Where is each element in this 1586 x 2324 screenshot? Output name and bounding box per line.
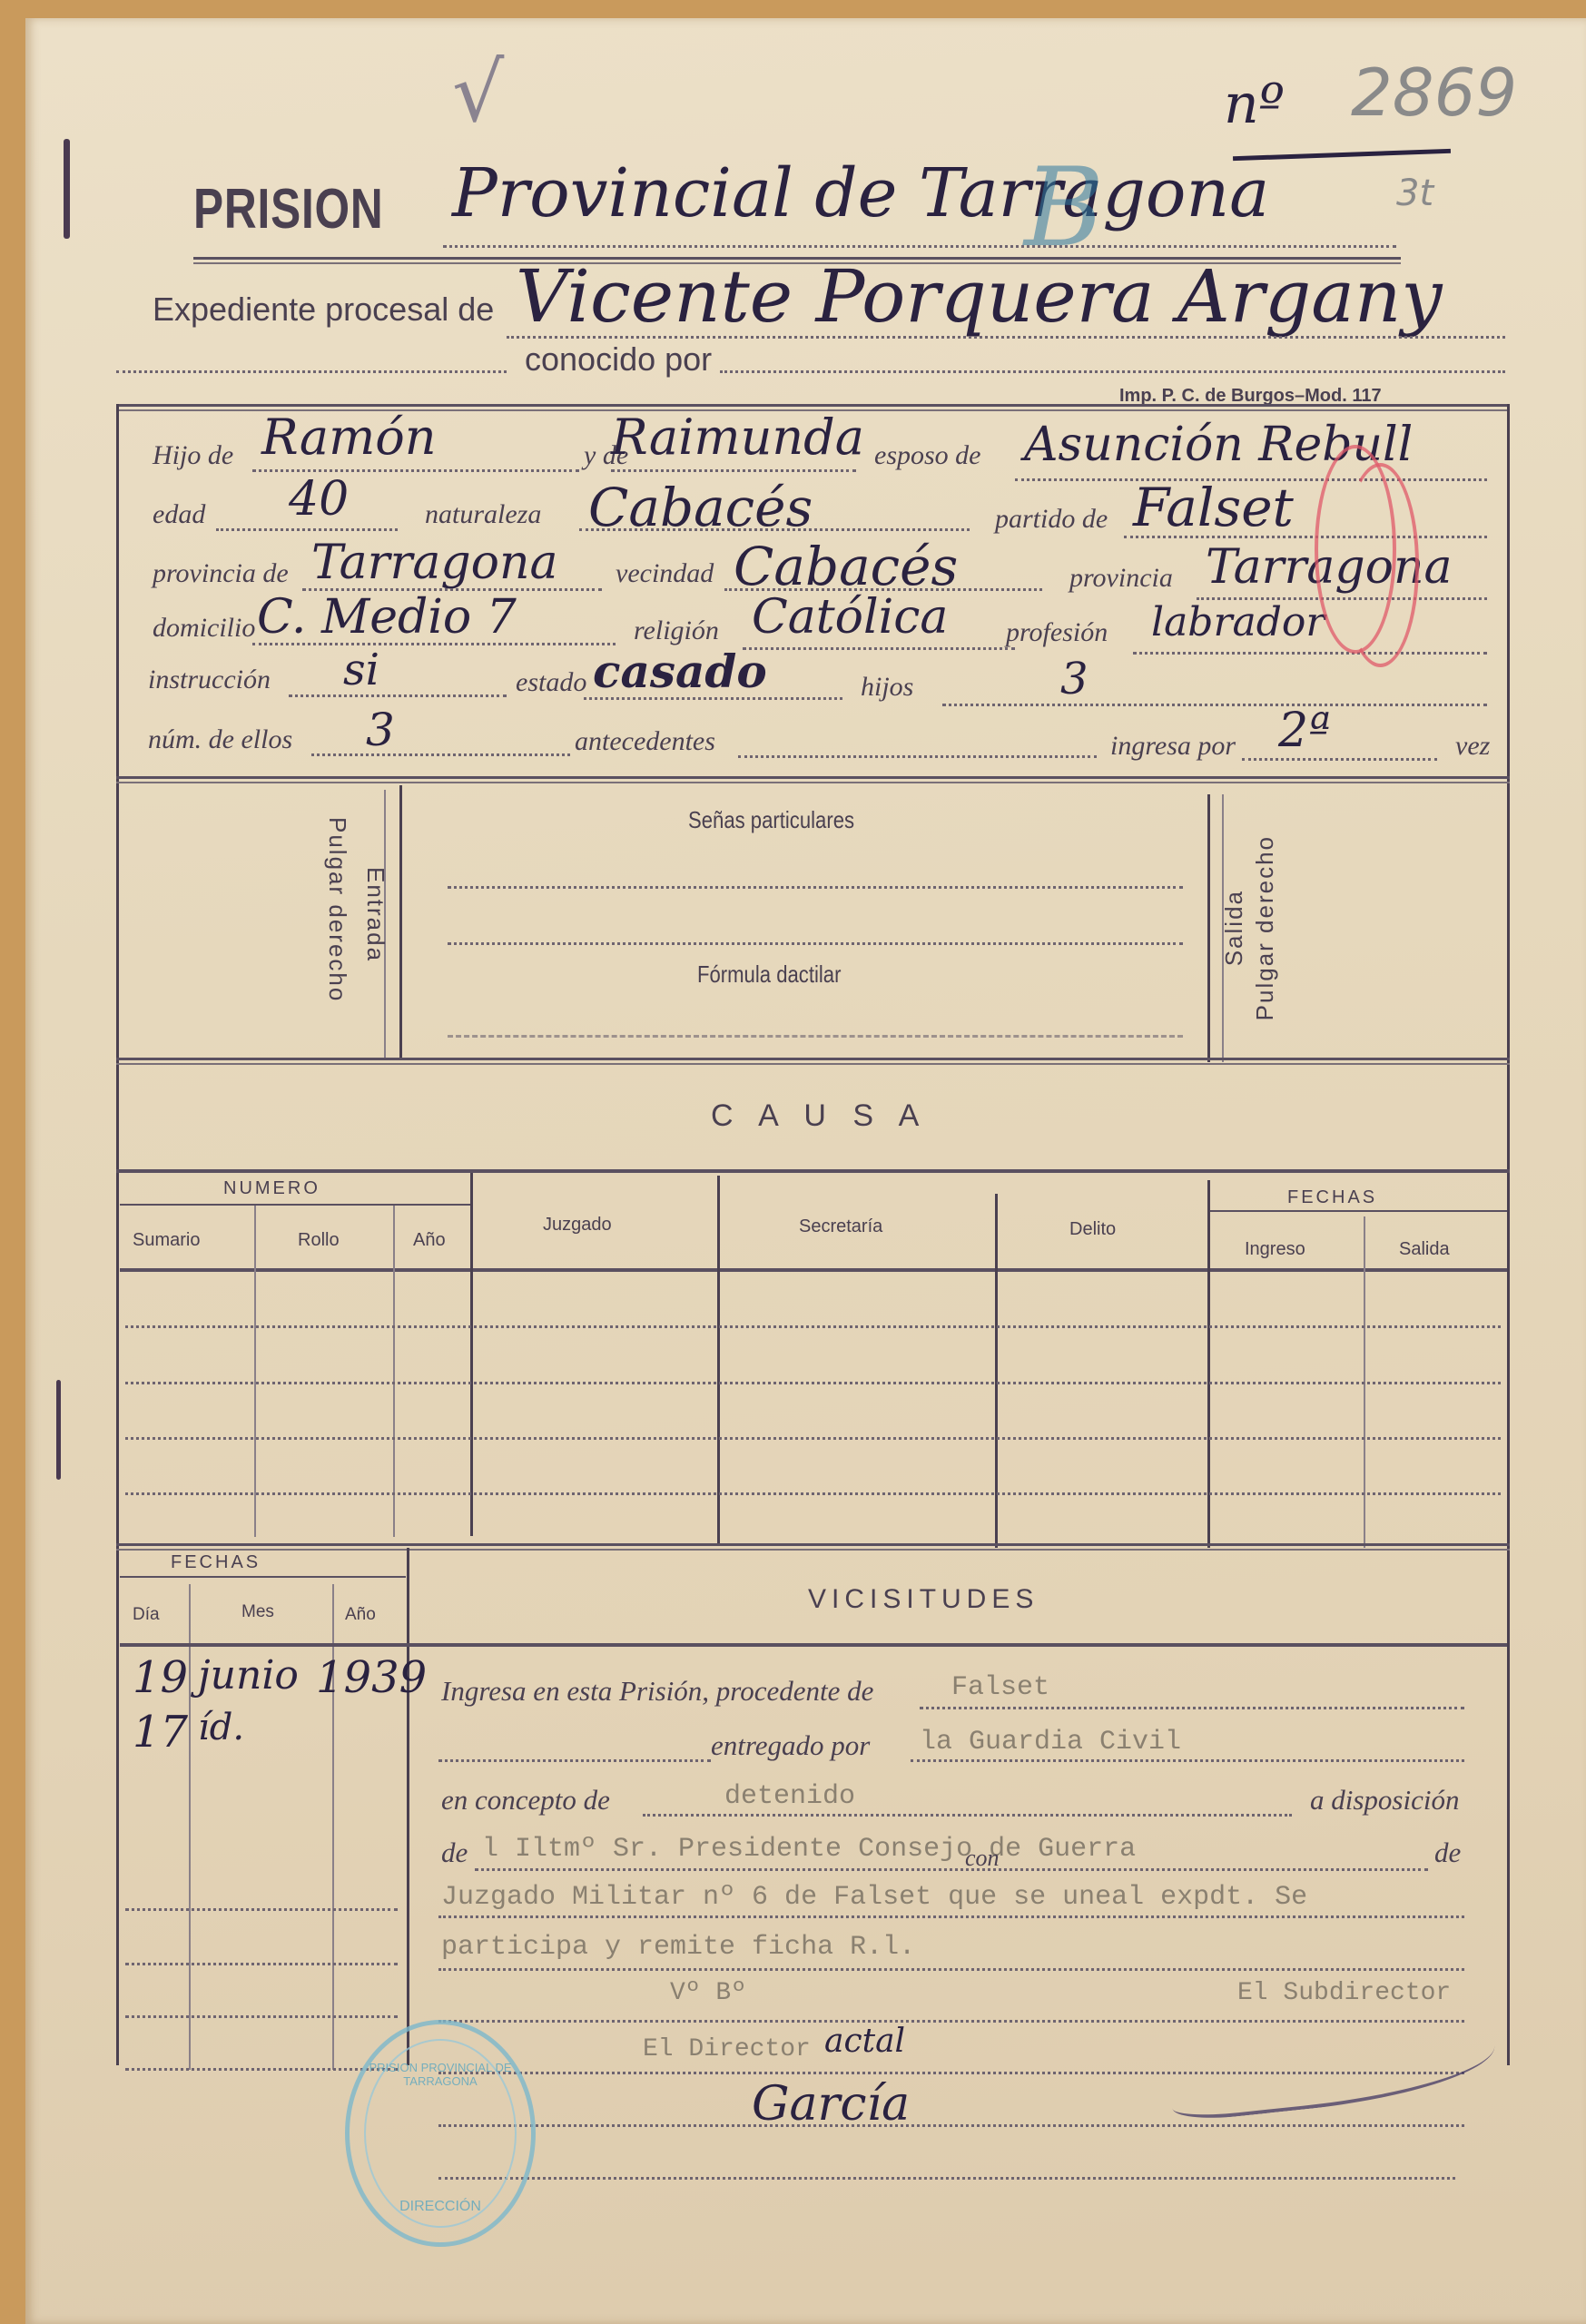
- col-sumario: Sumario: [133, 1230, 200, 1251]
- formula-line[interactable]: [448, 1035, 1183, 1038]
- naturaleza-label: naturaleza: [425, 499, 541, 530]
- blue-annotation: B: [1024, 145, 1104, 271]
- signature-rule: [438, 2124, 1464, 2127]
- expediente-label: Expediente procesal de: [153, 290, 494, 329]
- profession-line: [1133, 652, 1487, 655]
- numero-rule: [120, 1204, 471, 1206]
- order-line-1: Juzgado Militar nº 6 de Falset que se un…: [441, 1882, 1307, 1913]
- estado-label: estado: [516, 667, 586, 698]
- num-ellos-label: núm. de ellos: [148, 724, 292, 755]
- date-line: [125, 1908, 398, 1911]
- entry-count: 2ª: [1278, 704, 1331, 758]
- table-row[interactable]: [125, 1492, 1501, 1495]
- expediente-line: [507, 336, 1505, 339]
- entregado-pre-line: [438, 1759, 711, 1762]
- causa-title: C A U S A: [711, 1098, 928, 1134]
- red-annotation-3: [1342, 463, 1419, 667]
- binder-hole-mark: [64, 139, 70, 239]
- education: si: [343, 645, 379, 695]
- causa-bottom-rule: [116, 1543, 1510, 1551]
- ingresa-por-label: ingresa por: [1110, 731, 1236, 762]
- col-mes: Mes: [241, 1602, 274, 1622]
- edad-label: edad: [153, 499, 205, 530]
- procedente-value: Falset: [951, 1672, 1049, 1703]
- father-name: Ramón: [261, 409, 437, 466]
- col-secretaria: Secretaría: [799, 1216, 882, 1237]
- birth-province: Tarragona: [311, 536, 557, 590]
- date-day: 19: [133, 1652, 188, 1703]
- col-ano-vic: Año: [345, 1605, 376, 1625]
- senas-label: Señas particulares: [688, 806, 854, 834]
- partido-label: partido de: [995, 504, 1108, 535]
- subdirector-signature: [1167, 2016, 1499, 2122]
- age-line: [216, 528, 398, 531]
- date-line: [125, 1963, 398, 1965]
- address: C. Medio 7: [257, 590, 517, 645]
- file-number: 2869: [1351, 54, 1517, 131]
- entregado-line: [911, 1759, 1464, 1762]
- num-children: 3: [366, 704, 395, 756]
- profesion-label: profesión: [1006, 617, 1108, 648]
- stamp-text-bottom: DIRECCIÓN: [350, 2199, 531, 2215]
- children: 3: [1060, 654, 1089, 704]
- religion: Católica: [752, 590, 948, 645]
- entregado-value: la Guardia Civil: [920, 1727, 1181, 1758]
- vic-fechas-rule: [120, 1576, 406, 1578]
- pulgar-entrada-label: Pulgar derecho: [323, 817, 351, 1002]
- alias-field[interactable]: [720, 370, 1505, 373]
- col-ano: Año: [413, 1230, 446, 1251]
- stamp-text-top: PRISION PROVINCIAL DE TARRAGONA: [350, 2061, 531, 2088]
- prision-line: [443, 245, 1396, 248]
- de2-label: de: [1434, 1837, 1461, 1869]
- vic-col-divider: [189, 1584, 191, 2070]
- provincia-label: provincia de: [153, 558, 289, 589]
- col-juzgado: Juzgado: [543, 1215, 612, 1236]
- children-line: [942, 704, 1487, 706]
- vic-header-rule: [120, 1643, 1507, 1647]
- provincia2-label: provincia: [1069, 563, 1173, 594]
- order-line-rule: [438, 1968, 1464, 1971]
- col-divider: [470, 1173, 473, 1536]
- date-day: 17: [133, 1707, 188, 1758]
- vecindad-label: vecindad: [616, 558, 714, 589]
- box-left-border: [116, 404, 119, 2065]
- senas-line-1[interactable]: [448, 886, 1183, 889]
- pulgar-salida-label: Pulgar derecho: [1251, 835, 1279, 1020]
- senas-line-2[interactable]: [448, 942, 1183, 945]
- alias-line-left: [116, 370, 507, 373]
- signature-rule: [438, 2177, 1455, 2180]
- date-month: junio: [198, 1652, 299, 1699]
- mother-name: Raimunda: [611, 409, 864, 466]
- table-row[interactable]: [125, 1382, 1501, 1384]
- col-ingreso: Ingreso: [1245, 1239, 1305, 1260]
- education-line: [289, 694, 507, 697]
- num-line: [311, 753, 570, 756]
- entrada-border: [399, 785, 402, 1058]
- vic-fechas-header: FECHAS: [171, 1552, 261, 1573]
- visto-bueno: Vº Bº: [670, 1979, 746, 2007]
- disposicion-line: [475, 1868, 1428, 1871]
- profession: labrador: [1151, 599, 1325, 645]
- vicisitudes-title: VICISITUDES: [808, 1584, 1039, 1615]
- table-row[interactable]: [125, 1325, 1501, 1328]
- marital-line: [584, 697, 842, 700]
- birthplace-line: [579, 528, 970, 531]
- col-divider: [393, 1206, 395, 1537]
- concepto-label: en concepto de: [441, 1784, 610, 1817]
- causa-header-rule: [120, 1268, 1507, 1272]
- entrada-label: Entrada: [361, 867, 389, 962]
- date-line: [125, 2015, 398, 2018]
- date-year: 1939: [316, 1652, 427, 1703]
- numero-group-header: NUMERO: [223, 1178, 320, 1199]
- director-signature: García: [752, 2077, 910, 2132]
- col-salida: Salida: [1399, 1239, 1450, 1260]
- prisoner-name: Vicente Porquera Argany: [516, 254, 1443, 339]
- hijos-label: hijos: [861, 672, 913, 703]
- document-page: √ nº 2869 3t PRISION Provincial de Tarra…: [25, 18, 1586, 2324]
- col-rollo: Rollo: [298, 1230, 340, 1251]
- order-line-rule: [438, 1915, 1464, 1918]
- hijo-de-label: Hijo de: [153, 440, 233, 471]
- fingerprint-top-rule: [116, 776, 1510, 783]
- check-mark: √: [452, 45, 504, 141]
- judicial-district: Falset: [1133, 477, 1294, 538]
- antecedentes-label: antecedentes: [575, 726, 715, 757]
- conocido-label: conocido por: [525, 340, 712, 379]
- prision-value: Provincial de Tarragona: [452, 154, 1269, 232]
- prision-label: PRISION: [193, 177, 384, 241]
- age: 40: [289, 472, 349, 527]
- file-number-sub: 3t: [1396, 172, 1433, 214]
- instruccion-label: instrucción: [148, 665, 271, 695]
- entregado-label: entregado por: [711, 1729, 870, 1762]
- mother-line: [611, 469, 856, 472]
- table-row[interactable]: [125, 1437, 1501, 1440]
- salida-label: Salida: [1220, 890, 1248, 966]
- prison-stamp: PRISION PROVINCIAL DE TARRAGONA DIRECCIÓ…: [345, 2020, 536, 2247]
- disposicion-label: a disposición: [1310, 1784, 1459, 1817]
- esposo-label: esposo de: [874, 440, 980, 471]
- fechas-rule: [1210, 1210, 1507, 1212]
- domicilio-label: domicilio: [153, 613, 255, 644]
- order-line-2: participa y remite ficha R.l.: [441, 1932, 915, 1963]
- fingerprint-bottom-rule: [116, 1058, 1510, 1065]
- vez-label: vez: [1455, 731, 1490, 762]
- fechas-group-header: FECHAS: [1287, 1187, 1377, 1208]
- de-label: de: [441, 1837, 468, 1869]
- date-month: íd.: [198, 1707, 244, 1748]
- religion-label: religión: [634, 615, 719, 646]
- concepto-value: detenido: [724, 1781, 855, 1812]
- marital-status: casado: [593, 645, 767, 698]
- subdirector-label: El Subdirector: [1237, 1979, 1451, 2007]
- concepto-line: [643, 1814, 1292, 1817]
- box-right-border: [1507, 404, 1510, 2065]
- col-dia: Día: [133, 1605, 160, 1625]
- religion-line: [743, 647, 1015, 650]
- col-divider: [717, 1176, 720, 1543]
- col-divider: [254, 1206, 256, 1537]
- causa-top-rule: [116, 1169, 1510, 1173]
- director-note: actal: [824, 2023, 905, 2060]
- col-delito: Delito: [1069, 1219, 1116, 1240]
- salida-border: [1207, 794, 1210, 1062]
- district-line: [1124, 536, 1487, 538]
- number-label: nº: [1224, 73, 1285, 136]
- entry-line: [1242, 758, 1437, 761]
- vic-main-divider: [407, 1548, 409, 2065]
- formula-label: Fórmula dactilar: [697, 960, 841, 989]
- signature-rule: [438, 2020, 1464, 2023]
- binder-hole-mark: [56, 1380, 61, 1480]
- ingresa-label: Ingresa en esta Prisión, procedente de: [441, 1675, 873, 1708]
- address-line: [252, 643, 616, 645]
- disposicion-value: l Iltmº Sr. Presidente Consejo de Guerra: [482, 1834, 1136, 1865]
- director-label: El Director: [643, 2035, 811, 2063]
- procedente-line: [920, 1707, 1464, 1709]
- antecedentes-field[interactable]: [738, 755, 1097, 758]
